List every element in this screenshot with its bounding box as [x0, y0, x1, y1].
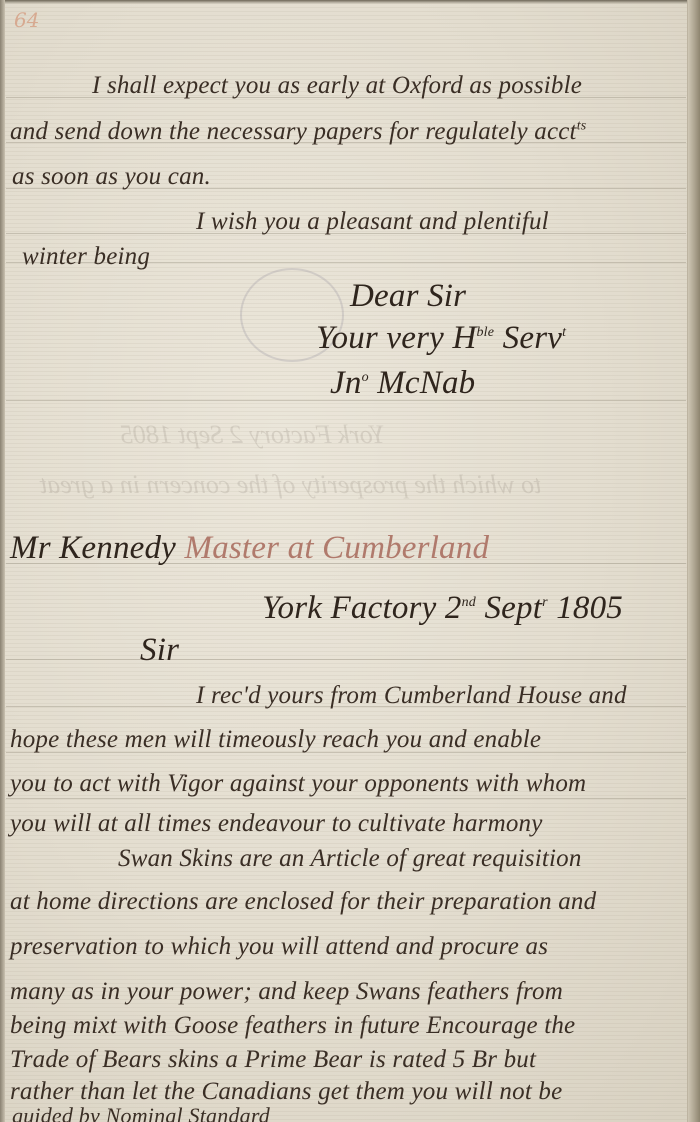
place: York Factory: [262, 590, 436, 626]
page-binding-edge: [687, 0, 700, 1122]
date-day: 2: [445, 590, 462, 626]
letter2-body-line: you will at all times endeavour to culti…: [10, 810, 543, 838]
ruled-line: [6, 798, 686, 799]
letter2-body-line: guided by Nominal Standard: [12, 1103, 270, 1122]
page-number: 64: [14, 8, 39, 32]
manuscript-page: 64 York Factory 2 Sept 1805 to which the…: [0, 0, 700, 1122]
letter1-line-4: I wish you a pleasant and plentiful: [196, 208, 549, 236]
letter2-body-line: hope these men will timeously reach you …: [10, 726, 541, 754]
letter2-heading: Mr Kennedy Master at Cumberland: [10, 530, 489, 567]
bleed-through-text: York Factory 2 Sept 1805: [120, 420, 385, 450]
letter1-line-3: as soon as you can.: [12, 163, 211, 191]
letter2-body-line: at home directions are enclosed for thei…: [10, 888, 596, 916]
signature-first: Jn: [330, 365, 362, 401]
letter2-body-line: you to act with Vigor against your oppon…: [10, 770, 586, 798]
valediction-superscript: ble: [476, 325, 494, 340]
letter1-line-2-text: and send down the necessary papers for r…: [10, 118, 577, 145]
addressee-title: Master at Cumberland: [185, 530, 490, 566]
date-month: Sept: [484, 590, 542, 626]
letter2-body-line: many as in your power; and keep Swans fe…: [10, 978, 563, 1006]
signature-superscript: o: [362, 370, 369, 385]
signature-surname: McNab: [369, 365, 476, 401]
acct-superscript: ts: [577, 119, 587, 134]
page-left-edge: [0, 0, 5, 1122]
closing-valediction: Your very Hble Servt: [316, 320, 566, 357]
letter2-body-line: Swan Skins are an Article of great requi…: [118, 845, 582, 873]
letter1-line-2: and send down the necessary papers for r…: [10, 118, 586, 146]
valediction-servant: Serv: [494, 320, 562, 356]
letter2-body-line: I rec'd yours from Cumberland House and: [196, 682, 627, 710]
letter2-body-line: Trade of Bears skins a Prime Bear is rat…: [10, 1046, 536, 1074]
letter2-body-line: preservation to which you will attend an…: [10, 933, 548, 961]
date-month-superscript: r: [542, 595, 548, 610]
ruled-line: [6, 659, 686, 660]
letter2-body-line: rather than let the Canadians get them y…: [10, 1078, 562, 1106]
signature: Jno McNab: [330, 365, 475, 402]
valediction-main: Your very H: [316, 320, 476, 356]
closing-salutation: Dear Sir: [350, 278, 466, 315]
letter1-line-5: winter being: [22, 243, 150, 271]
bleed-through-text: to which the prosperity of the concern i…: [40, 470, 541, 500]
page-top-edge: [0, 0, 700, 4]
place-date: York Factory 2nd Septr 1805: [262, 590, 623, 627]
letter2-salutation: Sir: [140, 632, 179, 669]
letter1-line-1: I shall expect you as early at Oxford as…: [92, 72, 582, 100]
addressee: Mr Kennedy: [10, 530, 176, 566]
date-day-superscript: nd: [462, 595, 476, 610]
date-year: 1805: [556, 590, 623, 626]
letter2-body-line: being mixt with Goose feathers in future…: [10, 1012, 575, 1040]
valediction-superscript-2: t: [562, 325, 566, 340]
